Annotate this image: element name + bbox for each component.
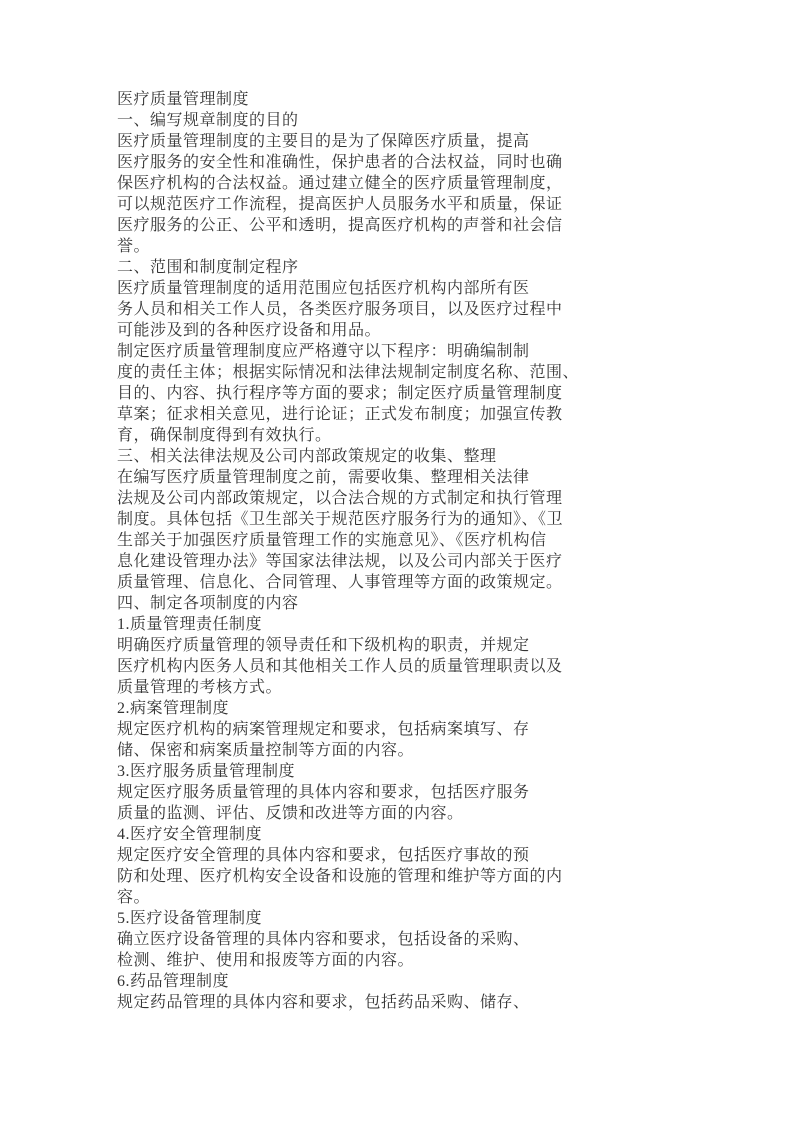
text-line: 规定医疗机构的病案管理规定和要求，包括病案填写、存 [117, 719, 677, 740]
section-heading-line: 二、范围和制度制定程序 [117, 257, 677, 278]
text-line: 草案；征求相关意见，进行论证；正式发布制度；加强宣传教 [117, 404, 677, 425]
text-line: 育，确保制度得到有效执行。 [117, 425, 677, 446]
numbered-item-heading-line: 2.病案管理制度 [117, 698, 677, 719]
text-line: 制定医疗质量管理制度应严格遵守以下程序：明确编制制 [117, 341, 677, 362]
text-line: 息化建设管理办法》等国家法律法规，以及公司内部关于医疗 [117, 551, 677, 572]
text-line: 制度。具体包括《卫生部关于规范医疗服务行为的通知》、《卫 [117, 509, 677, 530]
numbered-item-heading-line: 5.医疗设备管理制度 [117, 908, 677, 929]
text-line: 质量管理的考核方式。 [117, 677, 677, 698]
text-line: 誉。 [117, 236, 677, 257]
text-line: 务人员和相关工作人员，各类医疗服务项目，以及医疗过程中 [117, 299, 677, 320]
text-line: 医疗服务的安全性和准确性，保护患者的合法权益，同时也确 [117, 152, 677, 173]
text-line: 质量管理、信息化、合同管理、人事管理等方面的政策规定。 [117, 572, 677, 593]
text-line: 质量的监测、评估、反馈和改进等方面的内容。 [117, 803, 677, 824]
document-text-block: 医疗质量管理制度 一、编写规章制度的目的 医疗质量管理制度的主要目的是为了保障医… [117, 89, 677, 1013]
section-heading-line: 一、编写规章制度的目的 [117, 110, 677, 131]
text-line: 规定医疗安全管理的具体内容和要求，包括医疗事故的预 [117, 845, 677, 866]
text-line: 规定药品管理的具体内容和要求，包括药品采购、储存、 [117, 992, 677, 1013]
numbered-item-heading-line: 1.质量管理责任制度 [117, 614, 677, 635]
numbered-item-heading-line: 3.医疗服务质量管理制度 [117, 761, 677, 782]
text-line: 法规及公司内部政策规定，以合法合规的方式制定和执行管理 [117, 488, 677, 509]
numbered-item-heading-line: 4.医疗安全管理制度 [117, 824, 677, 845]
text-line: 在编写医疗质量管理制度之前，需要收集、整理相关法律 [117, 467, 677, 488]
text-line: 储、保密和病案质量控制等方面的内容。 [117, 740, 677, 761]
numbered-item-heading-line: 6.药品管理制度 [117, 971, 677, 992]
text-line: 医疗质量管理制度的适用范围应包括医疗机构内部所有医 [117, 278, 677, 299]
document-page: 医疗质量管理制度 一、编写规章制度的目的 医疗质量管理制度的主要目的是为了保障医… [0, 0, 793, 1122]
document-title-line: 医疗质量管理制度 [117, 89, 677, 110]
text-line: 医疗质量管理制度的主要目的是为了保障医疗质量，提高 [117, 131, 677, 152]
text-line: 确立医疗设备管理的具体内容和要求，包括设备的采购、 [117, 929, 677, 950]
text-line: 检测、维护、使用和报废等方面的内容。 [117, 950, 677, 971]
section-heading-line: 四、制定各项制度的内容 [117, 593, 677, 614]
section-heading-line: 三、相关法律法规及公司内部政策规定的收集、整理 [117, 446, 677, 467]
text-line: 目的、内容、执行程序等方面的要求；制定医疗质量管理制度 [117, 383, 677, 404]
text-line: 防和处理、医疗机构安全设备和设施的管理和维护等方面的内 [117, 866, 677, 887]
text-line: 医疗服务的公正、公平和透明，提高医疗机构的声誉和社会信 [117, 215, 677, 236]
text-line: 规定医疗服务质量管理的具体内容和要求，包括医疗服务 [117, 782, 677, 803]
text-line: 容。 [117, 887, 677, 908]
text-line: 生部关于加强医疗质量管理工作的实施意见》、《医疗机构信 [117, 530, 677, 551]
text-line: 医疗机构内医务人员和其他相关工作人员的质量管理职责以及 [117, 656, 677, 677]
text-line: 可能涉及到的各种医疗设备和用品。 [117, 320, 677, 341]
text-line: 可以规范医疗工作流程，提高医护人员服务水平和质量，保证 [117, 194, 677, 215]
text-line: 度的责任主体；根据实际情况和法律法规制定制度名称、范围、 [117, 362, 677, 383]
text-line: 保医疗机构的合法权益。通过建立健全的医疗质量管理制度， [117, 173, 677, 194]
text-line: 明确医疗质量管理的领导责任和下级机构的职责，并规定 [117, 635, 677, 656]
